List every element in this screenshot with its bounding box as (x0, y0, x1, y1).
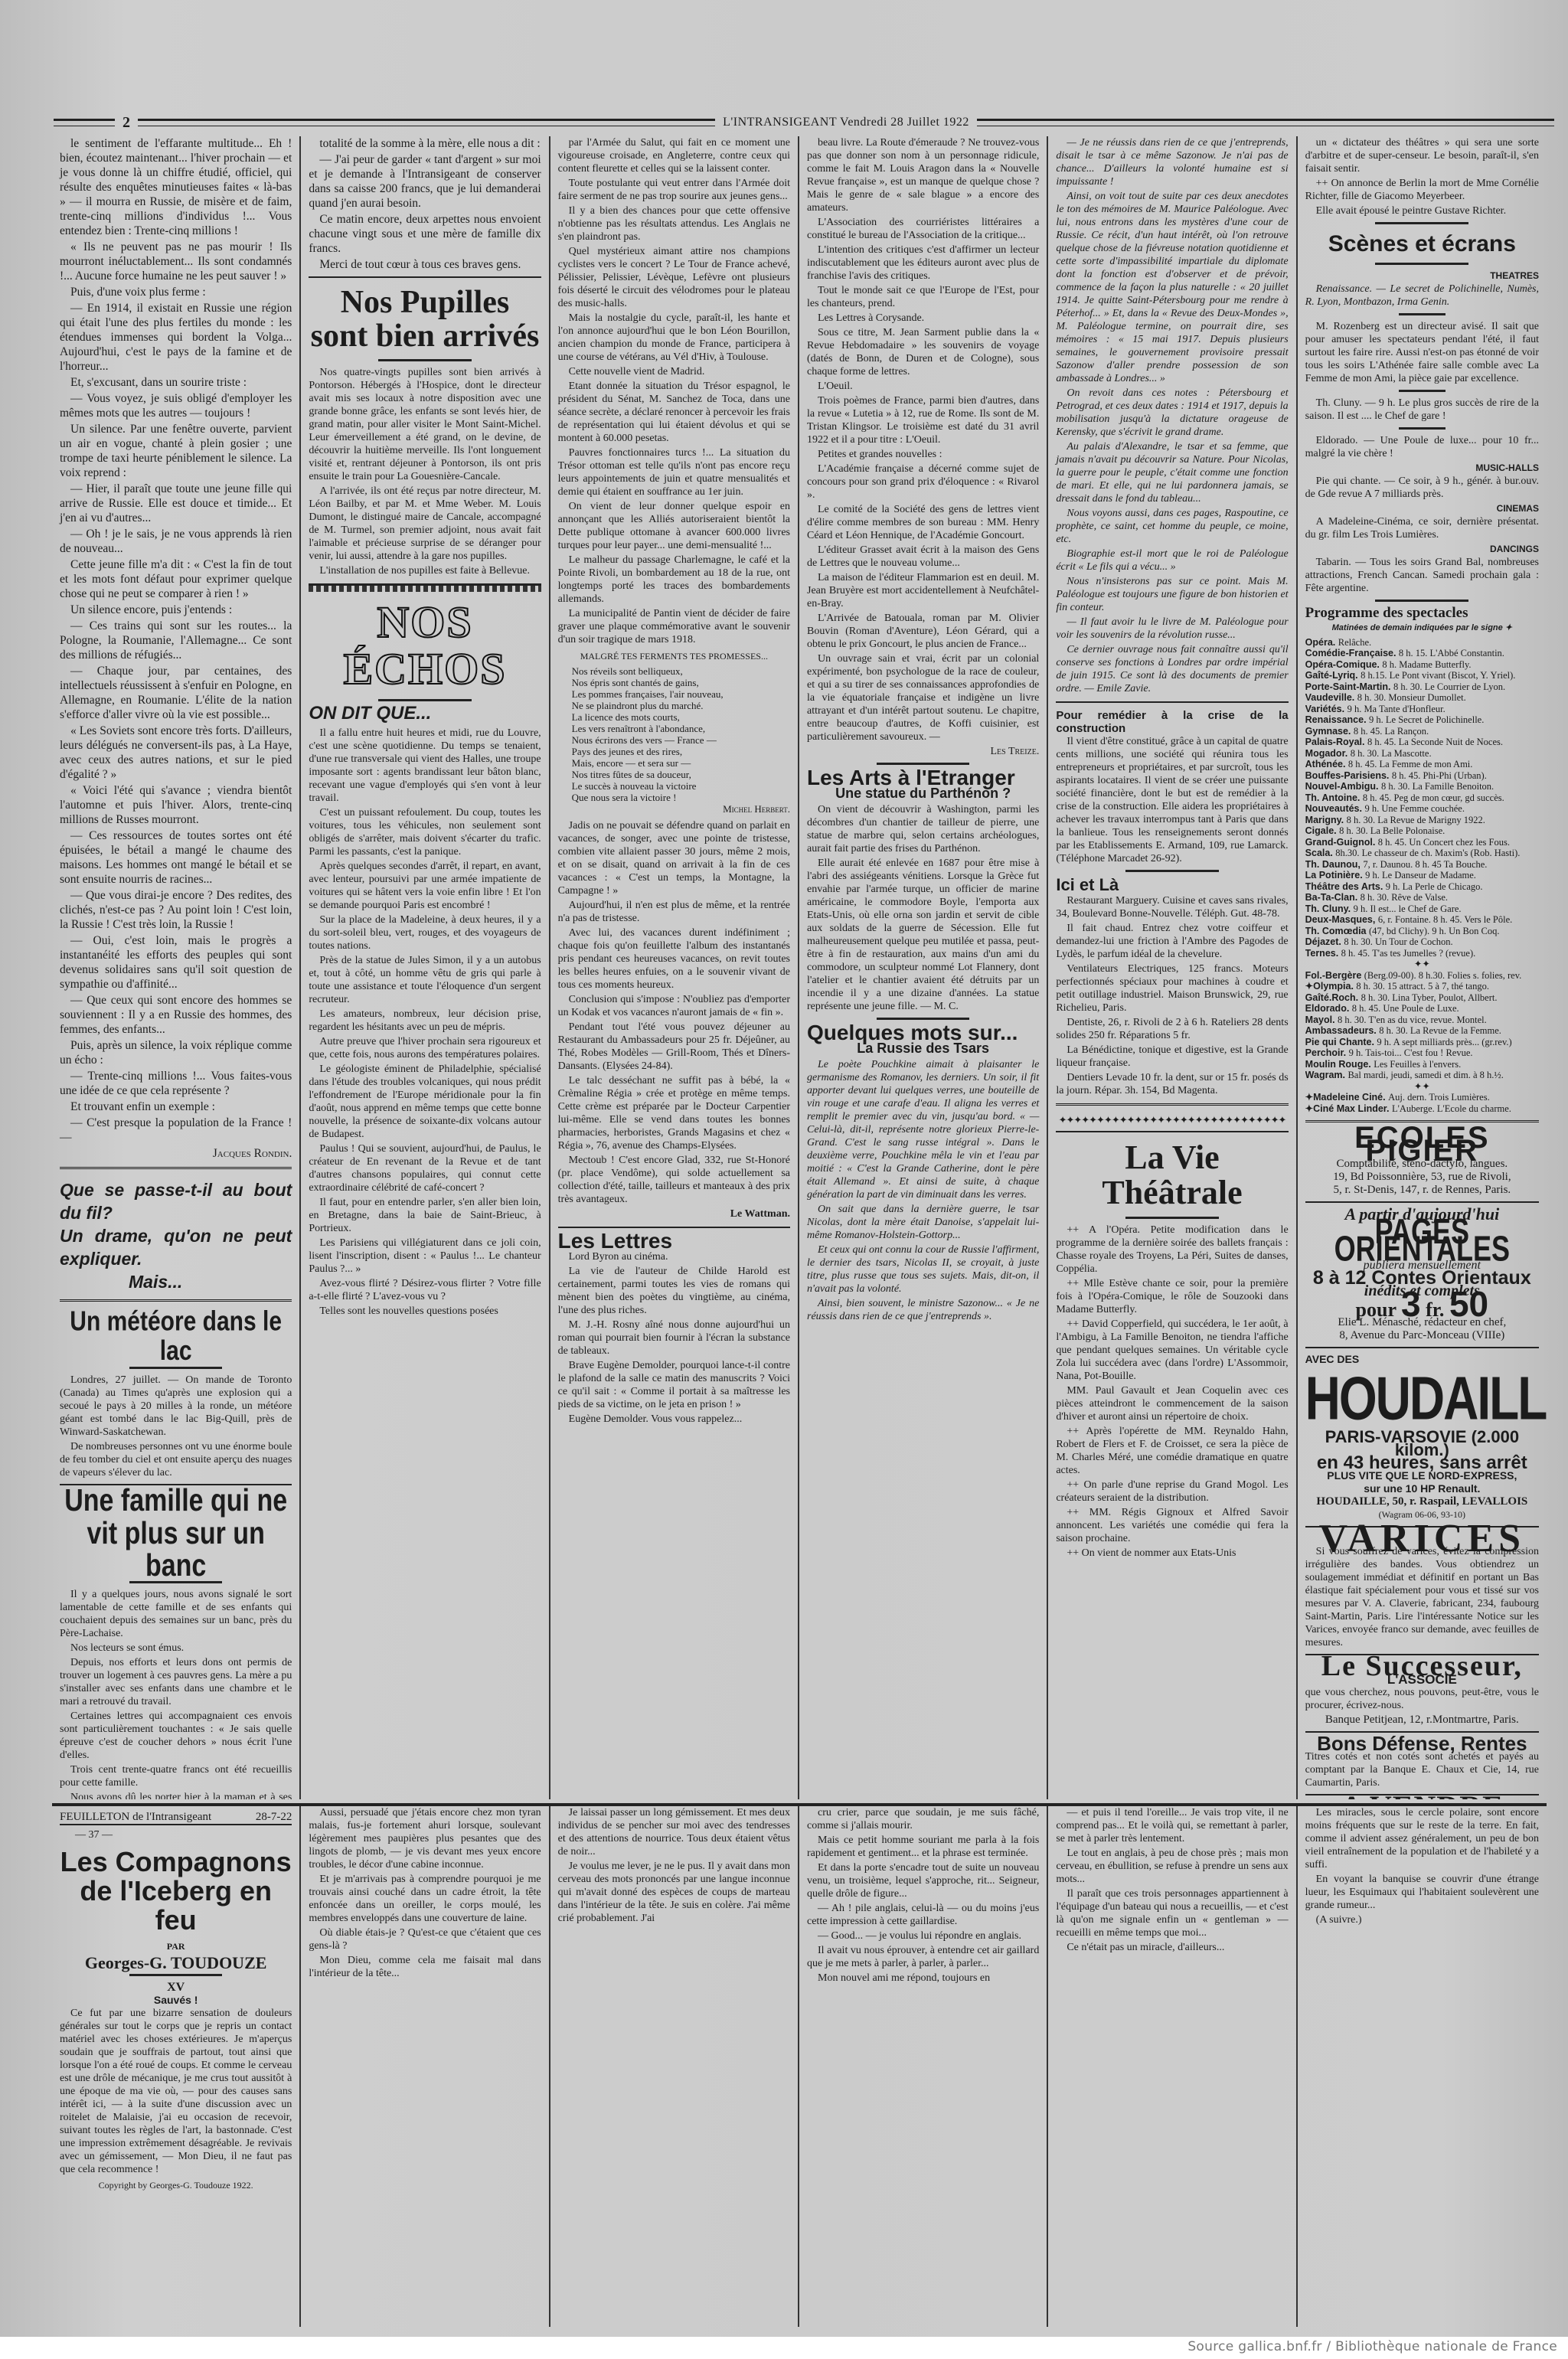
paragraph: Ainsi, bien souvent, le ministre Sazonow… (807, 1297, 1039, 1323)
venue-info: 8 h. 30. La Revue de la Femme. (1379, 1025, 1501, 1036)
paragraph: — Oh ! je le sais, je ne vous apprends l… (60, 527, 292, 556)
arts-article: On vient de découvrir à Washington, parm… (807, 803, 1039, 1013)
paragraph: La maison de l'éditeur Flammarion est en… (807, 571, 1039, 610)
wavy-rule (1305, 1347, 1539, 1348)
programme-entry: Mayol. 8 h. 30. T'en as du vice, revue. … (1305, 1015, 1539, 1026)
paragraph: On vient de découvrir à Washington, parm… (807, 803, 1039, 855)
feuilleton-column-2: Aussi, persuadé que j'étais encore chez … (301, 1806, 550, 2327)
venue-name: Grand-Guignol. (1305, 837, 1378, 848)
venue-info: Bal mardi, jeudi, samedi et dim. à 8 h.½… (1347, 1070, 1503, 1080)
programme-entry: Th. Cluny. 9 h. Il est... le Chef de Gar… (1305, 903, 1539, 915)
echos-headline: NOS ÉCHOS (309, 600, 541, 693)
poem-block: MALGRÉ TES FERMENTS TES PROMESSES... Nos… (558, 651, 790, 815)
feuilleton-column-6: Les miracles, sous le cercle polaire, so… (1298, 1806, 1547, 2327)
paragraph: Le comité de la Société des gens de lett… (807, 503, 1039, 542)
feuilleton-paragraph: Mon nouvel ami me répond, toujours en (807, 1972, 1039, 1985)
theatre-note: ++ A l'Opéra. Petite modification dans l… (1056, 1224, 1288, 1276)
feuilleton-paragraph: Et dans la porte s'encadre tout de suite… (807, 1861, 1039, 1900)
pie-note: Pie qui chante. — Ce soir, à 9 h., génér… (1305, 475, 1539, 501)
programme-headline: Programme des spectacles (1305, 606, 1539, 619)
echo-item: Etant donnée la situation du Trésor espa… (558, 380, 790, 445)
theatre-note: MM. Paul Gavault et Jean Coquelin avec c… (1056, 1384, 1288, 1423)
paragraph: — Hier, il paraît que toute une jeune fi… (60, 482, 292, 525)
venue-name: La Potinière. (1305, 870, 1366, 881)
feuilleton-text: cru crier, parce que soudain, je me suis… (807, 1806, 1039, 1985)
paragraph: — Chaque jour, par centaines, des intell… (60, 664, 292, 722)
paragraph: Tout le monde sait ce que l'Europe de l'… (807, 284, 1039, 310)
feuilleton-text: Je laissai passer un long gémissement. E… (558, 1806, 790, 1925)
double-rule (1056, 1103, 1288, 1109)
programme-entry: Variétés. 9 h. Ma Tante d'Honfleur. (1305, 704, 1539, 715)
venue-info: (47, bd Clichy). 9 h. Un Bon Coq. (1369, 926, 1499, 936)
venue-name: Variétés. (1305, 704, 1347, 714)
header-rule-left (54, 119, 115, 126)
programme-entry: Wagram. Bal mardi, jeudi, samedi et dim.… (1305, 1070, 1539, 1081)
short-rule (1399, 390, 1445, 392)
madeleine-note: A Madeleine-Cinéma, ce soir, dernière pr… (1305, 515, 1539, 541)
venue-name: Moulin Rouge. (1305, 1059, 1374, 1070)
venue-name: Vaudeville. (1305, 692, 1357, 703)
venue-info: 8 h. 30. La Mascotte. (1351, 748, 1432, 759)
rule (1056, 701, 1288, 703)
paragraph: Brave Eugène Demolder, pourquoi lance-t-… (558, 1359, 790, 1411)
icila-item: Il fait chaud. Entrez chez votre coiffeu… (1056, 922, 1288, 961)
venue-info: 9 h. A sept milliards près... (gr.rev.) (1377, 1037, 1511, 1047)
feuilleton-paragraph: — et puis il tend l'oreille... Je vais t… (1056, 1806, 1288, 1845)
short-rule (129, 1974, 222, 1976)
echo-item: Telles sont les nouvelles questions posé… (309, 1305, 541, 1318)
rule (558, 1227, 790, 1228)
venue-name: Gymnase. (1305, 726, 1354, 737)
venue-name: Nouveautés. (1305, 803, 1365, 814)
header-rule-mid (138, 119, 715, 126)
venue-info: L'Auberge. L'Ecole du charme. (1392, 1103, 1511, 1114)
paragraph: Lord Byron au cinéma. (558, 1250, 790, 1263)
ornamental-rule (309, 583, 541, 592)
poem-title: MALGRÉ TES FERMENTS TES PROMESSES... (558, 651, 790, 662)
echo-item: Les Parisiens qui villégiaturent dans ce… (309, 1237, 541, 1276)
poem-line: Les pommes françaises, l'air nouveau, (572, 688, 790, 700)
programme-entry: Perchoir. 9 h. Tais-toi... C'est fou ! R… (1305, 1047, 1539, 1059)
echo-item: Paulus ! Qui se souvient, aujourd'hui, d… (309, 1142, 541, 1194)
paragraph: On sait que dans la dernière guerre, le … (807, 1203, 1039, 1242)
short-rule (1375, 600, 1468, 602)
venue-name: Opéra. (1305, 637, 1338, 648)
venue-info: 8 h. 30. La Revue de Marigny 1922. (1347, 815, 1485, 825)
paragraph: Et, s'excusant, dans un sourire triste : (60, 375, 292, 390)
column-4: beau livre. La Route d'émeraude ? Ne tro… (799, 136, 1048, 1799)
venue-name: ✦Ciné Max Linder. (1305, 1103, 1392, 1114)
chapter-number: XV (60, 1981, 292, 1994)
feuilleton-text: Aussi, persuadé que j'étais encore chez … (309, 1806, 541, 1980)
arts-headline: Les Arts à l'Etranger (807, 771, 1039, 784)
feuilleton-paragraph: Ce fut par une bizarre sensation de doul… (60, 2007, 292, 2176)
paragraph: Le poète Pouchkine aimait à plaisanter l… (807, 1058, 1039, 1201)
feuilleton-column-4: cru crier, parce que soudain, je me suis… (799, 1806, 1048, 2327)
ad-bons-defense: Bons Défense, Rentes Titres cotés et non… (1305, 1737, 1539, 1789)
venue-name: Déjazet. (1305, 936, 1344, 947)
venue-name: Th. Cluny. (1305, 903, 1354, 914)
paragraph: Petites et grandes nouvelles : (807, 448, 1039, 461)
short-rule (1375, 263, 1468, 265)
poem-line: La licence des mots courts, (572, 711, 790, 723)
paragraph: Depuis, nos efforts et leurs dons ont pe… (60, 1656, 292, 1708)
theatre-notes: un « dictateur des théâtres » qui sera u… (1305, 136, 1539, 217)
ornament-row: ✦✦✦✦✦✦✦✦✦✦✦✦✦✦✦✦✦✦✦✦✦✦✦✦✦✦✦✦✦✦ (1056, 1115, 1288, 1125)
paragraph: Et trouvant enfin un exemple : (60, 1099, 292, 1114)
paragraph: L'Arrivée de Batouala, roman par M. Oliv… (807, 612, 1039, 651)
paragraph: Biographie est-il mort que le roi de Pal… (1056, 547, 1288, 573)
paragraph: Ainsi, on voit tout de suite par ces deu… (1056, 190, 1288, 385)
echo-item: Autre preuve que l'hiver prochain sera r… (309, 1035, 541, 1061)
poem-line: Nos épris sont chantés de gains, (572, 677, 790, 688)
echo-item: Il a fallu entre huit heures et midi, ru… (309, 727, 541, 805)
feuilleton-paragraph: Où diable étais-je ? Qu'est-ce que c'éta… (309, 1926, 541, 1952)
theatre-note: ++ Après l'opérette de MM. Reynaldo Hahn… (1056, 1425, 1288, 1477)
ad-successeur: Le Successeur, L'ASSOCIÉ que vous cherch… (1305, 1660, 1539, 1727)
echo-item: Avec lui, des vacances durent indéfinime… (558, 926, 790, 992)
paragraph: — Vous voyez, je suis obligé d'employer … (60, 391, 292, 420)
paragraph: beau livre. La Route d'émeraude ? Ne tro… (807, 136, 1039, 214)
ad-pigier: ECOLES PIGIER Comptabilité, sténo-dactyl… (1305, 1132, 1539, 1197)
pages-title: PAGES ORIENTALES (1305, 1223, 1539, 1256)
paragraph: Eugène Demolder. Vous vous rappelez... (558, 1413, 790, 1426)
column-3: par l'Armée du Salut, qui fait en ce mom… (550, 136, 799, 1799)
tabarin-note: Tabarin. — Tous les soirs Grand Bal, nom… (1305, 556, 1539, 595)
venue-name: Mayol. (1305, 1015, 1338, 1025)
mots-article: Le poète Pouchkine aimait à plaisanter l… (807, 1058, 1039, 1323)
echo-item: La municipalité de Pantin vient de décid… (558, 607, 790, 646)
programme-entry: Pie qui Chante. 9 h. A sept milliards pr… (1305, 1037, 1539, 1048)
venue-name: Palais-Royal. (1305, 737, 1367, 747)
paragraph: L'éditeur Grasset avait écrit à la maiso… (807, 544, 1039, 570)
venue-info: 9 h. Tais-toi... C'est fou ! Revue. (1349, 1047, 1473, 1058)
short-rule (378, 359, 471, 361)
byline-rondin: Jacques Rondin. (60, 1146, 292, 1161)
scenes-headline: Scènes et écrans (1305, 232, 1539, 256)
programme-entry: La Potinière. 9 h. Le Danseur de Madame. (1305, 870, 1539, 881)
paragraph: « Ils ne peuvent pas ne pas mourir ! Ils… (60, 240, 292, 283)
pigier-line-2: 19, Bd Poissonnière, 53, rue de Rivoli, (1305, 1171, 1539, 1184)
venue-info: 7, r. Daunou. 8 h. 45 Ta Bouche. (1363, 859, 1487, 870)
programme-entry: Th. Daunou, 7, r. Daunou. 8 h. 45 Ta Bou… (1305, 859, 1539, 871)
venue-info: 8 h. 30. La Famille Benoiton. (1381, 781, 1494, 792)
houdaille-address: HOUDAILLE, 50, r. Raspail, LEVALLOIS (1305, 1495, 1539, 1508)
venue-info: 8 h. Madame Butterfly. (1382, 659, 1471, 670)
renaissance-note: Renaissance. — Le secret de Polichinelle… (1305, 283, 1539, 309)
varices-text: Si vous souffrez de varices, évitez la c… (1305, 1545, 1539, 1649)
treize-signature: Les Treize. (807, 745, 1039, 758)
short-rule (1375, 222, 1468, 224)
paragraph: L'installation de nos pupilles est faite… (309, 564, 541, 577)
venue-info: 8 h. 15. L'Abbé Constantin. (1399, 648, 1504, 658)
feuilleton-paragraph: (A suivre.) (1305, 1913, 1539, 1926)
echo-item: On vient de leur donner quelque espoir e… (558, 500, 790, 552)
theatre-note: ++ On parle d'une reprise du Grand Mogol… (1056, 1478, 1288, 1505)
echos-article: Il a fallu entre huit heures et midi, ru… (309, 727, 541, 1318)
on-dit-que-kicker: ON DIT QUE... (309, 706, 541, 720)
icila-item: La Bénédictine, tonique et digestive, es… (1056, 1044, 1288, 1070)
icila-item: Ventilateurs Electriques, 125 francs. Mo… (1056, 962, 1288, 1015)
echo-item: par l'Armée du Salut, qui fait en ce mom… (558, 136, 790, 175)
paragraph: — Ces ressources de toutes sortes ont ét… (60, 828, 292, 887)
paragraph: Nos quatre-vingts pupilles sont bien arr… (309, 366, 541, 483)
poem-line: Nos réveils sont belliqueux, (572, 665, 790, 677)
header-rule-right (977, 119, 1554, 126)
echo-item: Toute postulante qui veut entrer dans l'… (558, 177, 790, 203)
column-1: le sentiment de l'effarante multitude...… (52, 136, 301, 1799)
icila-items: Restaurant Marguery. Cuisine et caves sa… (1056, 894, 1288, 1097)
programme-entry: Cigale. 8 h. 30. La Belle Polonaise. (1305, 825, 1539, 837)
echo-item: Avez-vous flirté ? Désirez-vous flirter … (309, 1277, 541, 1303)
paragraph: — Je ne réussis dans rien de ce que j'en… (1056, 136, 1288, 188)
venue-name: Th. Daunou, (1305, 859, 1364, 870)
short-rule (1399, 427, 1445, 430)
feuilleton-paragraph: — Ah ! pile anglais, celui-là — ou du mo… (807, 1902, 1039, 1928)
paragraph: — J'ai peur de garder « tant d'argent » … (309, 152, 541, 211)
echo-item: Le malheur du passage Charlemagne, le ca… (558, 554, 790, 606)
programme-entry: Théâtre des Arts. 9 h. La Perle de Chica… (1305, 881, 1539, 893)
programme-entry: Moulin Rouge. Les Feuilles à l'envers. (1305, 1059, 1539, 1070)
bons-title: Bons Défense, Rentes (1305, 1737, 1539, 1750)
paragraph: L'Académie française a décerné comme suj… (807, 462, 1039, 502)
paragraph: « Voici l'été qui s'avance ; viendra bie… (60, 783, 292, 827)
paragraph: L'Oeuil. (807, 380, 1039, 393)
venue-name: Deux-Masques, (1305, 914, 1378, 925)
venue-info: 8 h. 30. Un Tour de Cochon. (1344, 936, 1452, 947)
programme-entry: Th. Comœdia (47, bd Clichy). 9 h. Un Bon… (1305, 926, 1539, 937)
short-rule (378, 699, 471, 701)
programme-entry: Gaîté.Roch. 8 h. 30. Lina Tyber, Poulot,… (1305, 992, 1539, 1004)
page-number: 2 (122, 114, 130, 132)
eldorado-note: Eldorado. — Une Poule de luxe... pour 10… (1305, 434, 1539, 460)
programme-entry: Ternes. 8 h. 45. T'as tes Jumelles ? (re… (1305, 948, 1539, 959)
feuilleton-column-1: FEUILLETON de l'Intransigeant 28-7-22 — … (52, 1806, 301, 2327)
programme-entry: Comédie-Française. 8 h. 15. L'Abbé Const… (1305, 648, 1539, 659)
paragraph: Et ceux qui ont connu la cour de Russie … (807, 1243, 1039, 1295)
programme-entry: Gaîté-Lyriq. 8 h.15. Le Pont vivant (Bis… (1305, 670, 1539, 681)
programme-entry: Nouvel-Ambigu. 8 h. 30. La Famille Benoi… (1305, 781, 1539, 792)
venue-info: 9 h. Une Femme couchée. (1364, 803, 1465, 814)
feuilleton-author: Georges-G. TOUDOUZE (60, 1956, 292, 1969)
programme-listing: Opéra. Relâche.Comédie-Française. 8 h. 1… (1305, 637, 1539, 1115)
echo-item: Aujourd'hui, il n'en est plus de même, e… (558, 899, 790, 925)
running-header: 2 L'INTRANSIGEANT Vendredi 28 Juillet 19… (54, 113, 1554, 132)
running-title: L'INTRANSIGEANT Vendredi 28 Juillet 1922 (723, 116, 969, 129)
houdaille-faster: PLUS VITE QUE LE NORD-EXPRESS, (1305, 1469, 1539, 1482)
programme-entry: Marigny. 8 h. 30. La Revue de Marigny 19… (1305, 815, 1539, 826)
crise-article: Il vient d'être constitué, grâce à un ca… (1056, 735, 1288, 865)
short-rule (877, 1018, 969, 1020)
paragraph: Cette jeune fille m'a dit : « C'est la f… (60, 557, 292, 601)
paragraph: — C'est presque la population de la Fran… (60, 1116, 292, 1145)
paragraph: Puis, après un silence, la voix réplique… (60, 1038, 292, 1067)
programme-entry: ✦Madeleine Ciné. Auj. dern. Trois Lumièr… (1305, 1092, 1539, 1103)
venue-info: 8 h. 30. Monsieur Dumollet. (1357, 692, 1466, 703)
paragraph: — Que vous dirai-je encore ? Des redites… (60, 888, 292, 932)
venue-info: 8 h. 30. 15 attract. 5 à 7, thé tango. (1356, 981, 1489, 992)
feuilleton-section: FEUILLETON de l'Intransigeant 28-7-22 — … (52, 1803, 1547, 2327)
feuilleton-paragraph: Ce n'était pas un miracle, d'ailleurs... (1056, 1941, 1288, 1954)
venue-info: 8 h. 30. Rêve de Valse. (1361, 892, 1448, 903)
programme-separator: ✦✦ (1305, 959, 1539, 970)
vie-theatrale-headline: La Vie Théâtrale (1056, 1140, 1288, 1211)
paragraph: Certaines lettres qui accompagnaient ces… (60, 1710, 292, 1762)
venue-name: Ba-Ta-Clan. (1305, 892, 1361, 903)
paragraph: Au palais d'Alexandre, le tsar et sa fem… (1056, 440, 1288, 505)
feuilleton-number: — 37 — (60, 1828, 292, 1841)
feuilleton-paragraph: Le tout en anglais, à peu de chose près … (1056, 1847, 1288, 1886)
feuilleton-paragraph: En voyant la banquise se couvrir d'une é… (1305, 1873, 1539, 1912)
source-credit: Source gallica.bnf.fr / Bibliothèque nat… (1187, 2339, 1557, 2354)
paragraph: On revoit dans ces notes : Pétersbourg e… (1056, 387, 1288, 439)
echo-item: Il faut, pour en entendre parler, s'en a… (309, 1196, 541, 1235)
venue-name: Pie qui Chante. (1305, 1037, 1377, 1047)
label-dancings: DANCINGS (1305, 543, 1539, 556)
paragraph: Il vient d'être constitué, grâce à un ca… (1056, 735, 1288, 865)
venue-name: Renaissance. (1305, 714, 1369, 725)
paleologue-article: — Je ne réussis dans rien de ce que j'en… (1056, 136, 1288, 695)
programme-separator: ✦✦ (1305, 1081, 1539, 1093)
venue-info: 8 h. 30. T'en as du vice, revue. Montel. (1338, 1015, 1487, 1025)
programme-note: Matinées de demain indiquées par le sign… (1305, 622, 1539, 635)
echo-item: Le géologiste éminent de Philadelphie, s… (309, 1063, 541, 1141)
echos-continued-2: Jadis on ne pouvait se défendre quand on… (558, 819, 790, 1206)
pages-price: pour 3 fr. 50 (1305, 1298, 1539, 1316)
venue-info: 8 h. 45. La Femme de mon Ami. (1348, 759, 1472, 769)
programme-entry: Scala. 8h.30. Le chasseur de ch. Maxim's… (1305, 848, 1539, 859)
paragraph: — Trente-cinq millions !... Vous faites-… (60, 1069, 292, 1098)
programme-entry: Nouveautés. 9 h. Une Femme couchée. (1305, 803, 1539, 815)
wattman-signature: Le Wattman. (558, 1207, 790, 1220)
rule (1056, 1131, 1288, 1132)
paragraph: — Ces trains qui sont sur les routes... … (60, 619, 292, 662)
venue-info: 9 h. Le Danseur de Madame. (1365, 870, 1476, 881)
paragraph: Elle avait épousé le peintre Gustave Ric… (1305, 204, 1539, 217)
copyright: Copyright by Georges-G. Toudouze 1922. (60, 2179, 292, 2192)
poem-line: Nos titres fûtes de sa douceur, (572, 769, 790, 780)
short-rule (877, 763, 969, 765)
paragraph: L'Association des courriéristes littérai… (807, 216, 1039, 242)
echo-item: Cette nouvelle vient de Madrid. (558, 365, 790, 378)
double-rule (60, 1299, 292, 1305)
echo-item: Le talc desséchant ne suffit pas à bébé,… (558, 1074, 790, 1152)
programme-entry: Vaudeville. 8 h. 30. Monsieur Dumollet. (1305, 692, 1539, 704)
successeur-address: Banque Petitjean, 12, r.Montmartre, Pari… (1305, 1714, 1539, 1727)
venue-info: 8h.30. Le chasseur de ch. Maxim's (Rob. … (1335, 848, 1520, 858)
venue-name: Cigale. (1305, 825, 1339, 836)
venue-info: 8 h. 45. Peg de mon cœur, gd succès. (1363, 792, 1504, 803)
houdaille-time: en 43 heures, sans arrêt (1305, 1456, 1539, 1469)
venue-info: 6, r. Fontaine. 8 h. 45. Vers le Pôle. (1378, 914, 1512, 925)
theatre-note: ++ MM. Régis Gignoux et Alfred Savoir an… (1056, 1506, 1288, 1545)
paragraph: Merci de tout cœur à tous ces braves gen… (309, 257, 541, 272)
label-theatres: THEATRES (1305, 270, 1539, 283)
echo-item: Sur la place de la Madeleine, à deux heu… (309, 913, 541, 952)
echo-item: Pauvres fonctionnaires turcs !... La sit… (558, 446, 790, 498)
poem-line: Ne se plaindront plus du marché. (572, 700, 790, 711)
lettres-headline: Les Lettres (558, 1234, 790, 1247)
meteor-article: Londres, 27 juillet. — On mande de Toron… (60, 1374, 292, 1479)
paragraph: le sentiment de l'effarante multitude...… (60, 136, 292, 238)
echo-item: Quel mystérieux aimant attire nos champi… (558, 245, 790, 310)
crise-headline: Pour remédier à la crise de la construct… (1056, 709, 1288, 735)
feuilleton-column-5: — et puis il tend l'oreille... Je vais t… (1048, 1806, 1297, 2327)
venue-name: Th. Antoine. (1305, 792, 1363, 803)
short-rule (129, 1367, 222, 1369)
paragraph: M. J.-H. Rosny aîné nous donne aujourd'h… (558, 1318, 790, 1358)
programme-entry: Deux-Masques, 6, r. Fontaine. 8 h. 45. V… (1305, 914, 1539, 926)
short-rule (1125, 1217, 1218, 1219)
byline-text: Jacques Rondin. (213, 1147, 292, 1160)
feuilleton-paragraph: Il avait vu nous éprouver, à entendre ce… (807, 1944, 1039, 1970)
echo-item: Il y a bien des chances pour que cette o… (558, 204, 790, 243)
successeur-title: Le Successeur, (1305, 1660, 1539, 1673)
paragraph: La vie de l'auteur de Childe Harold est … (558, 1265, 790, 1317)
venue-name: ✦Madeleine Ciné. (1305, 1092, 1388, 1103)
echo-item: Mais la nostalgie du cycle, paraît-il, l… (558, 312, 790, 364)
ad-houdaille: AVEC DES HOUDAILLE PARIS-VARSOVIE (2.000… (1305, 1353, 1539, 1521)
feuilleton-column-3: Je laissai passer un long gémissement. E… (550, 1806, 799, 2327)
echo-item: Conclusion qui s'impose : N'oubliez pas … (558, 993, 790, 1019)
wavy-rule (1305, 1201, 1539, 1203)
programme-entry: ✦Ciné Max Linder. L'Auberge. L'Ecole du … (1305, 1103, 1539, 1115)
teaser-box: Que se passe-t-il au bout du fil? Un dra… (60, 1178, 292, 1293)
venue-info: 8 h. 45. Une Poule de Luxe. (1352, 1003, 1459, 1014)
theatre-note: ++ David Copperfield, qui succédera, le … (1056, 1318, 1288, 1383)
paragraph: Londres, 27 juillet. — On mande de Toron… (60, 1374, 292, 1439)
ad-pages-orientales: A partir d'aujourd'hui PAGES ORIENTALES … (1305, 1207, 1539, 1342)
poem-line: Nous écrirons des vers — France — (572, 734, 790, 746)
venue-name: Scala. (1305, 848, 1336, 858)
icila-headline: Ici et Là (1056, 878, 1288, 891)
programme-entry: Porte-Saint-Martin. 8 h. 30. Le Courrier… (1305, 681, 1539, 693)
venue-name: Th. Comœdia (1305, 926, 1369, 936)
pupilles-headline: Nos Pupilles sont bien arrivés (309, 286, 541, 353)
venue-name: Gaîté.Roch. (1305, 992, 1361, 1003)
venue-name: ✦Olympia. (1305, 981, 1357, 992)
poem-line: Le succès à nouveau la victoire (572, 780, 790, 792)
mots-headline: Quelques mots sur... (807, 1026, 1039, 1039)
theatre-note: ++ On vient de nommer aux Etats-Unis (1056, 1547, 1288, 1560)
venue-info: 9 h. Le Secret de Polichinelle. (1369, 714, 1484, 725)
echo-item: Après quelques secondes d'arrêt, il repa… (309, 860, 541, 912)
programme-entry: Bouffes-Parisiens. 8 h. 45. Phi-Phi (Urb… (1305, 770, 1539, 782)
paragraph: Nous voyons aussi, dans ces pages, Raspo… (1056, 507, 1288, 546)
teaser-line-3: Mais... (60, 1270, 292, 1293)
programme-entry: Grand-Guignol. 8 h. 45. Un Concert chez … (1305, 837, 1539, 848)
lettres-continued: beau livre. La Route d'émeraude ? Ne tro… (807, 136, 1039, 743)
programme-entry: Gymnase. 8 h. 45. La Rançon. (1305, 726, 1539, 737)
teaser-line-2: Un drame, qu'on ne peut expliquer. (60, 1224, 292, 1270)
venue-name: Mogador. (1305, 748, 1351, 759)
venue-name: Ternes. (1305, 948, 1341, 959)
feuilleton-paragraph: Aussi, persuadé que j'étais encore chez … (309, 1806, 541, 1871)
donations-article: totalité de la somme à la mère, elle nou… (309, 136, 541, 272)
paragraph: Puis, d'une voix plus ferme : (60, 285, 292, 299)
poem-signature: Michel Herbert. (558, 803, 790, 815)
venue-info: 8 h. 45. La Rançon. (1354, 726, 1429, 737)
feuilleton-text: — et puis il tend l'oreille... Je vais t… (1056, 1806, 1288, 1954)
feuilleton-label: FEUILLETON de l'Intransigeant (60, 1811, 211, 1824)
feuilleton-paragraph: Il paraît que ces trois personnages appa… (1056, 1887, 1288, 1939)
feuilleton-text: Ce fut par une bizarre sensation de doul… (60, 2007, 292, 2176)
venue-name: Fol.-Bergère (1305, 970, 1364, 981)
venue-name: Bouffes-Parisiens. (1305, 770, 1392, 781)
famille-headline: Une famille qui ne vit plus sur un banc (60, 1485, 292, 1583)
houdaille-car: sur une 10 HP Renault. (1305, 1482, 1539, 1495)
lettres-article: Lord Byron au cinéma.La vie de l'auteur … (558, 1250, 790, 1426)
